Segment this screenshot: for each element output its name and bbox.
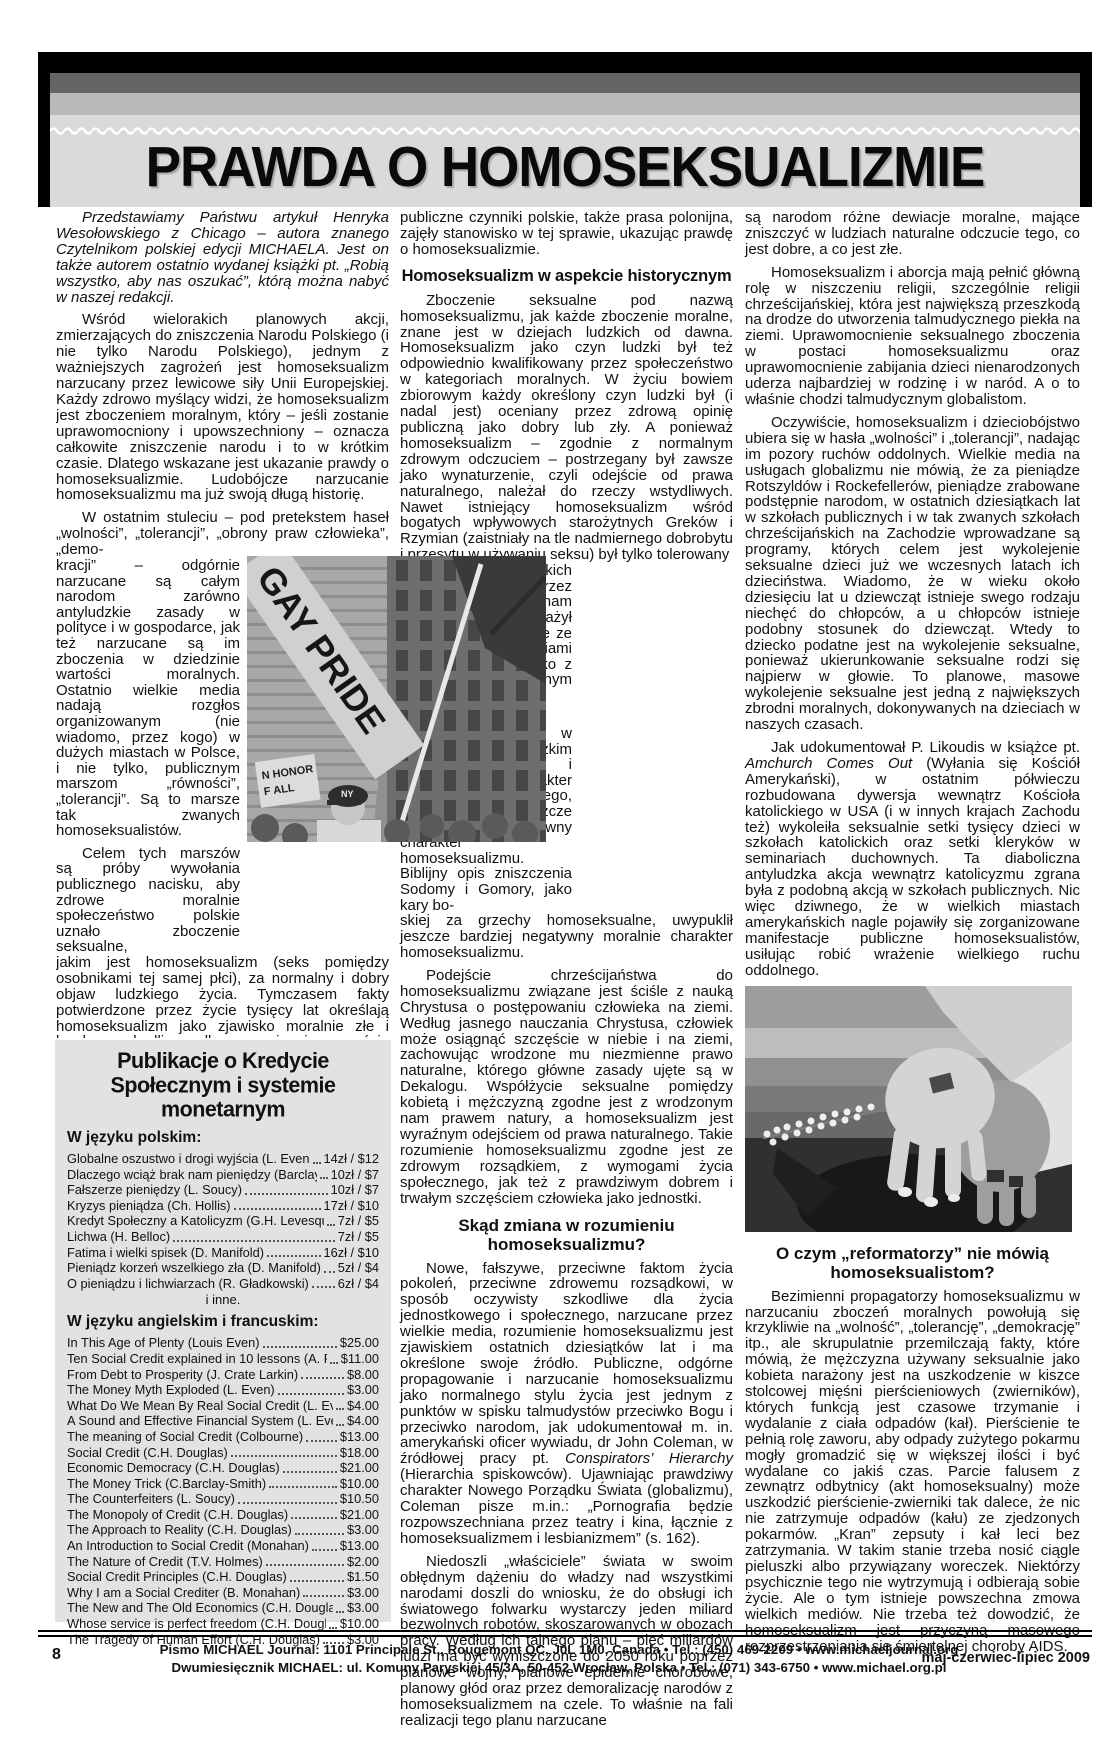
dot-leader (269, 1486, 337, 1488)
book-price: $2.00 (347, 1554, 379, 1570)
footer-line-polish: Dwumiesięcznik MICHAEL: ul. Komuny Parys… (148, 1659, 970, 1677)
dot-leader (245, 1193, 328, 1195)
paragraph: Homoseksualizm i aborcja mają pełnić głó… (745, 265, 1080, 408)
book-list-item: Fałszerze pieniędzy (L. Soucy) 10zł / $7 (67, 1182, 379, 1198)
book-price: $18.00 (340, 1445, 379, 1461)
book-price: $4.00 (347, 1413, 379, 1429)
dot-leader (313, 1162, 321, 1164)
book-title: In This Age of Plenty (Louis Even) (67, 1335, 260, 1351)
english-book-list: In This Age of Plenty (Louis Even) $25.0… (67, 1335, 379, 1647)
paragraph-part: Jak udokumentował P. Likoudis w książce … (771, 739, 1080, 756)
page-number: 8 (52, 1646, 61, 1664)
paragraph: skiej za grzechy homoseksualne, uwypukli… (400, 913, 733, 961)
dot-leader (312, 1286, 335, 1288)
article-column-3: są narodom różne dewiacje moralne, mając… (745, 210, 1080, 1661)
book-list-item: Globalne oszustwo i drogi wyjścia (L. Ev… (67, 1151, 379, 1167)
book-price: $11.00 (341, 1351, 379, 1367)
book-price: $13.00 (340, 1538, 379, 1554)
book-price: 10zł / $7 (331, 1167, 379, 1183)
book-price: 16zł / $10 (324, 1245, 380, 1261)
book-title: The Nature of Credit (T.V. Holmes) (67, 1554, 263, 1570)
book-price: $3.00 (347, 1585, 379, 1601)
dot-leader (336, 1408, 344, 1410)
book-list-item: O pieniądzu i lichwiarzach (R. Gładkowsk… (67, 1276, 379, 1292)
dot-leader (301, 1377, 344, 1379)
book-price: $10.00 (340, 1476, 379, 1492)
header-bar-dark-gray (50, 73, 1080, 93)
book-list-item: Dlaczego wciąż brak nam pieniędzy (Barcl… (67, 1167, 379, 1183)
book-price: $10.50 (340, 1491, 379, 1507)
issue-date: maj-czerwiec-lipiec 2009 (922, 1650, 1090, 1666)
book-list-item: The meaning of Social Credit (Colbourne)… (67, 1429, 379, 1445)
dot-leader (231, 1455, 337, 1457)
paragraph: Jak udokumentował P. Likoudis w książce … (745, 740, 1080, 979)
dot-leader (234, 1208, 321, 1210)
book-list-item: What Do We Mean By Real Social Credit (L… (67, 1398, 379, 1414)
book-title: Pieniądz korzeń wszelkiego zła (D. Manif… (67, 1260, 321, 1276)
book-title: Why I am a Social Crediter (B. Monahan) (67, 1585, 300, 1601)
paragraph: Zboczenie seksualne pod nazwą homoseksua… (400, 293, 733, 563)
wavy-line (50, 125, 1080, 135)
footer-line-journal: Pismo MICHAEL Journal: 1101 Principale S… (148, 1641, 970, 1659)
dot-leader (312, 1549, 337, 1551)
paragraph: Nowe, fałszywe, przeciwne faktom życia p… (400, 1261, 733, 1547)
header-right-strip (1080, 52, 1092, 207)
book-title: Kryzys pieniądza (Ch. Hollis) (67, 1198, 231, 1214)
and-more-label: i inne. (67, 1292, 379, 1308)
hands-with-rings-photo (745, 986, 1072, 1232)
section-heading-reformers: O czym „reformatorzy” nie mówią homoseks… (745, 1244, 1080, 1282)
dot-leader (278, 1393, 344, 1395)
section-heading-historical: Homoseksualizm w aspekcie historycznym (400, 267, 733, 286)
book-price: 14zł / $12 (324, 1151, 380, 1167)
dot-leader (283, 1471, 337, 1473)
book-title: Social Credit Principles (C.H. Douglas) (67, 1569, 287, 1585)
book-title: The Approach to Reality (C.H. Douglas) (67, 1522, 292, 1538)
header-left-strip (38, 52, 50, 207)
book-title: A Sound and Effective Financial System (… (67, 1413, 333, 1429)
book-price: $8.00 (347, 1367, 379, 1383)
book-title: The Money Trick (C.Barclay-Smith) (67, 1476, 266, 1492)
book-list-item: The New and The Old Economics (C.H. Doug… (67, 1600, 379, 1616)
book-title: Social Credit (C.H. Douglas) (67, 1445, 228, 1461)
book-list-item: Pieniądz korzeń wszelkiego zła (D. Manif… (67, 1260, 379, 1276)
book-list-item: Lichwa (H. Belloc) 7zł / $5 (67, 1229, 379, 1245)
gay-pride-march-photo: GAY PRIDE N HONOR F ALL NY (247, 556, 546, 842)
footer-address: Pismo MICHAEL Journal: 1101 Principale S… (148, 1641, 970, 1676)
header-bar-silver (50, 93, 1080, 115)
book-price: 17zł / $10 (324, 1198, 380, 1214)
book-list-item: The Monopoly of Credit (C.H. Douglas) $2… (67, 1507, 379, 1523)
dot-leader (291, 1517, 337, 1519)
book-list-item: Why I am a Social Crediter (B. Monahan) … (67, 1585, 379, 1601)
book-title: From Debt to Prosperity (J. Crate Larkin… (67, 1367, 298, 1383)
book-title: Ten Social Credit explained in 10 lesson… (67, 1351, 327, 1367)
dot-leader (336, 1424, 344, 1426)
dot-leader (303, 1595, 344, 1597)
paragraph-beside-photo: kracji” – odgórnie narzucane są całym na… (56, 558, 240, 839)
book-price: $21.00 (340, 1460, 379, 1476)
book-price: $13.00 (340, 1429, 379, 1445)
paragraph-part: (Wyłania się Kościół Amerykański), w ost… (745, 755, 1080, 979)
book-price: 7zł / $5 (338, 1213, 379, 1229)
cap-logo: NY (341, 789, 354, 799)
book-title: Globalne oszustwo i drogi wyjścia (L. Ev… (67, 1151, 310, 1167)
book-list-item: Fatima i wielki spisek (D. Manifold) 16z… (67, 1245, 379, 1261)
book-list-item: Social Credit Principles (C.H. Douglas) … (67, 1569, 379, 1585)
dot-leader (290, 1580, 344, 1582)
book-list-item: A Sound and Effective Financial System (… (67, 1413, 379, 1429)
book-title: The New and The Old Economics (C.H. Doug… (67, 1600, 333, 1616)
paragraph: Podejście chrześcijaństwa do homoseksual… (400, 968, 733, 1207)
paragraph: Wśród wielorakich planowych akcji, zmier… (56, 312, 389, 503)
book-list-item: The Counterfeiters (L. Soucy) $10.50 (67, 1491, 379, 1507)
book-title: The meaning of Social Credit (Colbourne) (67, 1429, 303, 1445)
book-list-item: From Debt to Prosperity (J. Crate Larkin… (67, 1367, 379, 1383)
book-list-item: The Approach to Reality (C.H. Douglas) $… (67, 1522, 379, 1538)
book-price: $3.00 (347, 1600, 379, 1616)
book-price: 7zł / $5 (338, 1229, 379, 1245)
dot-leader (263, 1346, 337, 1348)
paragraph-part: (Hierarchia spiskowców). Ujawniając praw… (400, 1466, 733, 1547)
masthead: PRAWDA O HOMOSEKSUALIZMIE (50, 115, 1080, 207)
dot-leader (295, 1533, 344, 1535)
book-price: $3.00 (347, 1382, 379, 1398)
book-price: 6zł / $4 (338, 1276, 379, 1292)
book-title: O pieniądzu i lichwiarzach (R. Gładkowsk… (67, 1276, 309, 1292)
book-title: Fatima i wielki spisek (D. Manifold) (67, 1245, 264, 1261)
book-list-item: Economic Democracy (C.H. Douglas) $21.00 (67, 1460, 379, 1476)
book-list-item: The Money Myth Exploded (L. Even) $3.00 (67, 1382, 379, 1398)
dot-leader (329, 1627, 337, 1629)
dot-leader (266, 1564, 344, 1566)
dot-leader (306, 1440, 337, 1442)
page-title: PRAWDA O HOMOSEKSUALIZMIE (50, 135, 1080, 200)
publications-box: Publikacje o Kredycie Społecznym i syste… (55, 1040, 391, 1622)
book-title: Kredyt Społeczny a Katolicyzm (G.H. Leve… (67, 1213, 324, 1229)
book-title: Economic Democracy (C.H. Douglas) (67, 1460, 280, 1476)
paragraph: są narodom różne dewiacje moralne, mając… (745, 210, 1080, 258)
paragraph: Oczywiście, homoseksualizm i dzieciobójs… (745, 415, 1080, 733)
paragraph: publiczne czynniki polskie, także prasa … (400, 210, 733, 258)
book-list-item: An Introduction to Social Credit (Monaha… (67, 1538, 379, 1554)
dot-leader (267, 1255, 321, 1257)
book-title-italic: Conspirators’ Hierarchy (565, 1450, 733, 1467)
polish-book-list: Globalne oszustwo i drogi wyjścia (L. Ev… (67, 1151, 379, 1291)
dot-leader (336, 1611, 344, 1613)
book-price: 5zł / $4 (338, 1260, 379, 1276)
paragraph: Bezimienni propagatorzy homoseksualizmu … (745, 1289, 1080, 1655)
dot-leader (324, 1271, 335, 1273)
publications-box-title: Publikacje o Kredycie Społecznym i syste… (67, 1049, 379, 1121)
dot-leader (238, 1502, 337, 1504)
paragraph: W ostatnim stuleciu – pod pretekstem has… (56, 510, 389, 558)
footer-double-rule (38, 1630, 1092, 1637)
book-title: Fałszerze pieniędzy (L. Soucy) (67, 1182, 242, 1198)
book-title: The Money Myth Exploded (L. Even) (67, 1382, 275, 1398)
book-title: Dlaczego wciąż brak nam pieniędzy (Barcl… (67, 1167, 317, 1183)
book-price: $1.50 (347, 1569, 379, 1585)
article-column-2: publiczne czynniki polskie, także prasa … (400, 210, 733, 1736)
book-price: $3.00 (347, 1522, 379, 1538)
book-title: An Introduction to Social Credit (Monaha… (67, 1538, 309, 1554)
book-list-item: Kryzys pieniądza (Ch. Hollis) 17zł / $10 (67, 1198, 379, 1214)
book-title-italic: Amchurch Comes Out (745, 755, 912, 772)
header-bar-black (50, 52, 1080, 73)
book-price: 10zł / $7 (331, 1182, 379, 1198)
paragraph: jakim jest homoseksualizm (seks pomiędzy… (56, 955, 389, 1038)
english-list-heading: W języku angielskim i francuskim: (67, 1313, 379, 1331)
polish-list-heading: W języku polskim: (67, 1129, 379, 1147)
book-list-item: The Nature of Credit (T.V. Holmes) $2.00 (67, 1554, 379, 1570)
book-title: What Do We Mean By Real Social Credit (L… (67, 1398, 333, 1414)
book-list-item: Social Credit (C.H. Douglas) $18.00 (67, 1445, 379, 1461)
book-price: $25.00 (340, 1335, 379, 1351)
book-price: $4.00 (347, 1398, 379, 1414)
book-price: $21.00 (340, 1507, 379, 1523)
paragraph-part: Nowe, fałszywe, przeciwne faktom życia p… (400, 1260, 733, 1468)
book-list-item: The Money Trick (C.Barclay-Smith) $10.00 (67, 1476, 379, 1492)
dot-leader (330, 1362, 338, 1364)
newspaper-page: PRAWDA O HOMOSEKSUALIZMIE Przedstawiamy … (0, 0, 1118, 1751)
book-list-item: Kredyt Społeczny a Katolicyzm (G.H. Leve… (67, 1213, 379, 1229)
dot-leader (320, 1177, 328, 1179)
dot-leader (173, 1240, 335, 1242)
book-list-item: Ten Social Credit explained in 10 lesson… (67, 1351, 379, 1367)
book-title: The Counterfeiters (L. Soucy) (67, 1491, 235, 1507)
book-title: Lichwa (H. Belloc) (67, 1229, 170, 1245)
intro-paragraph: Przedstawiamy Państwu artykuł Henryka We… (56, 210, 389, 305)
dot-leader (327, 1224, 335, 1226)
section-heading-change: Skąd zmiana w rozumieniu homoseksualizmu… (400, 1216, 733, 1254)
book-list-item: In This Age of Plenty (Louis Even) $25.0… (67, 1335, 379, 1351)
book-title: The Monopoly of Credit (C.H. Douglas) (67, 1507, 288, 1523)
paragraph-beside-photo: Celem tych marszów są próby wywołania pu… (56, 846, 240, 955)
